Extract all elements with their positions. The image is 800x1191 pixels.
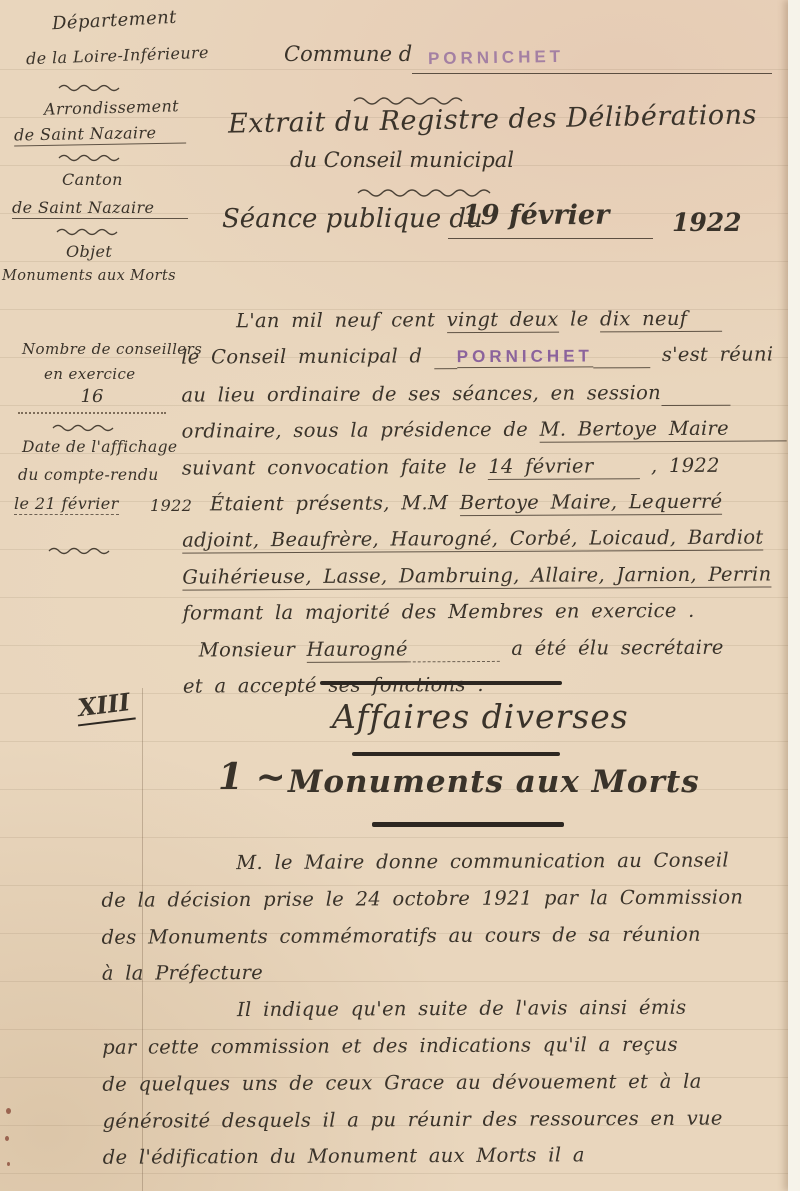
handwritten-line: ordinaire, sous la présidence de M. Bert… (182, 411, 782, 451)
text-segment (408, 637, 500, 662)
handwritten-line: L'an mil neuf cent vingt deux le dix neu… (181, 300, 781, 340)
deliberation-opening-paragraph: L'an mil neuf cent vingt deux le dix neu… (181, 300, 783, 705)
text-segment (434, 345, 457, 370)
arrondissement-label: Arrondissement (44, 96, 179, 119)
text-segment: L'an mil neuf cent (236, 308, 447, 332)
handwritten-line: Il indique qu'en suite de l'avis ainsi é… (102, 989, 782, 1029)
text-segment: à la Préfecture (102, 961, 263, 985)
squiggle-divider (58, 152, 124, 162)
text-segment: s'est réuni (650, 343, 773, 367)
text-segment: générosité desquels il a pu réunir des r… (103, 1106, 723, 1132)
text-segment: Haurogné (307, 637, 408, 663)
handwritten-line: le Conseil municipal d PORNICHET s'est r… (181, 337, 781, 378)
departement-label: Département (52, 7, 178, 35)
affaires-diverses-heading: Affaires diverses (332, 697, 629, 736)
text-segment: le Conseil municipal d (181, 345, 434, 369)
text-segment: vingt deux (447, 308, 559, 334)
heading-underline-rule (372, 822, 564, 827)
handwritten-line: Guihérieuse, Lasse, Dambruing, Allaire, … (182, 556, 782, 596)
item-number: 1 ~ (218, 756, 286, 798)
paper-speck (7, 1162, 10, 1166)
handwritten-line: Monsieur Haurogné a été élu secrétaire (183, 629, 783, 669)
affichage-date: le 21 février (14, 494, 119, 515)
text-segment: et a accepté ses fonctions . (183, 673, 484, 698)
section-number: XIII (74, 687, 136, 727)
seance-date: 19 février (462, 200, 609, 231)
handwritten-line: suivant convocation faite le 14 février … (182, 447, 782, 487)
conseillers-count: 16 (18, 386, 166, 414)
fill-in-line (412, 73, 772, 74)
section-divider-rule (320, 681, 562, 685)
handwritten-line: de l'édification du Monument aux Morts i… (103, 1137, 783, 1177)
squiggle-divider (52, 422, 118, 432)
text-segment: 14 février (488, 454, 639, 480)
objet-value: Monuments aux Morts (2, 268, 176, 284)
heading-underline-rule (352, 752, 560, 756)
text-segment: le (559, 307, 600, 330)
text-segment: de quelques uns de ceux Grace au dévouem… (102, 1069, 701, 1095)
registre-title: Extrait du Registre des Délibérations (228, 99, 757, 139)
conseillers-label2: en exercice (44, 365, 136, 383)
fill-in-line (448, 238, 653, 239)
arrondissement-value: de Saint Nazaire (14, 123, 186, 147)
text-segment: suivant convocation faite le (182, 455, 489, 480)
text-segment: a été élu secrétaire (500, 635, 724, 659)
text-segment (661, 381, 730, 406)
handwritten-line: générosité desquels il a pu réunir des r… (102, 1100, 782, 1140)
registre-subtitle: du Conseil municipal (290, 148, 514, 172)
text-segment: Monsieur (199, 638, 307, 662)
text-segment: Bertoye Maire, Lequerré (460, 490, 723, 516)
handwritten-line: au lieu ordinaire de ses séances, en ses… (181, 374, 781, 414)
objet-label: Objet (66, 242, 112, 261)
seance-label: Séance publique du (222, 204, 483, 234)
text-segment: par cette commission et des indications … (102, 1033, 678, 1059)
handwritten-line: des Monuments commémoratifs au cours de … (102, 916, 782, 956)
squiggle-divider (356, 186, 496, 198)
squiggle-divider (56, 226, 122, 236)
commune-stamp: PORNICHET (428, 47, 564, 69)
handwritten-line: de quelques uns de ceux Grace au dévouem… (102, 1063, 782, 1103)
seance-year: 1922 (672, 208, 742, 237)
text-segment: ordinaire, sous la présidence de (182, 418, 540, 443)
affichage-label: Date de l'affichage (22, 438, 178, 456)
text-segment: , 1922 (639, 453, 719, 476)
text-segment: adjoint, Beaufrère, Haurogné, Corbé, Loi… (182, 526, 763, 554)
text-segment: M. le Maire donne communication au Conse… (236, 848, 729, 874)
document-page: Département de la Loire-Inférieure Arron… (0, 0, 800, 1191)
scan-edge (788, 0, 800, 1191)
text-segment: de la décision prise le 24 octobre 1921 … (101, 885, 743, 911)
handwritten-line: formant la majorité des Membres en exerc… (182, 593, 782, 633)
monuments-decision-paragraph: M. le Maire donne communication au Conse… (101, 842, 783, 1177)
handwritten-line: M. le Maire donne communication au Conse… (101, 842, 781, 882)
squiggle-divider (48, 545, 114, 555)
text-segment: des Monuments commémoratifs au cours de … (102, 922, 701, 948)
handwritten-line: à la Préfecture (102, 953, 782, 993)
text-segment: Étaient présents, M.M (210, 491, 460, 515)
handwritten-line: adjoint, Beaufrère, Haurogné, Corbé, Loi… (182, 520, 782, 560)
handwritten-line: Étaient présents, M.M Bertoye Maire, Leq… (182, 483, 782, 523)
commune-label: Commune d (284, 42, 412, 66)
text-segment: dix neuf (600, 307, 722, 333)
conseillers-label: Nombre de conseillers (22, 340, 202, 358)
text-segment (593, 344, 651, 369)
paper-speck (5, 1136, 9, 1141)
text-segment: de l'édification du Monument aux Morts i… (103, 1144, 585, 1170)
text-segment: Guihérieuse, Lasse, Dambruing, Allaire, … (182, 562, 771, 590)
handwritten-line: par cette commission et des indications … (102, 1026, 782, 1066)
squiggle-divider (58, 82, 124, 92)
handwritten-line: de la décision prise le 24 octobre 1921 … (101, 879, 781, 919)
affichage-label2: du compte-rendu (18, 466, 159, 484)
text-segment: Il indique qu'en suite de l'avis ainsi é… (237, 996, 687, 1021)
departement-value: de la Loire-Inférieure (26, 43, 209, 68)
text-segment: formant la majorité des Membres en exerc… (183, 599, 695, 625)
canton-label: Canton (62, 170, 123, 189)
text-segment: au lieu ordinaire de ses séances, en ses… (181, 381, 661, 407)
inline-stamp: PORNICHET (457, 347, 593, 369)
text-segment: M. Bertoye Maire (540, 417, 787, 443)
monuments-aux-morts-heading: Monuments aux Morts (288, 764, 700, 800)
paper-speck (6, 1108, 11, 1114)
canton-value: de Saint Nazaire (12, 198, 188, 219)
